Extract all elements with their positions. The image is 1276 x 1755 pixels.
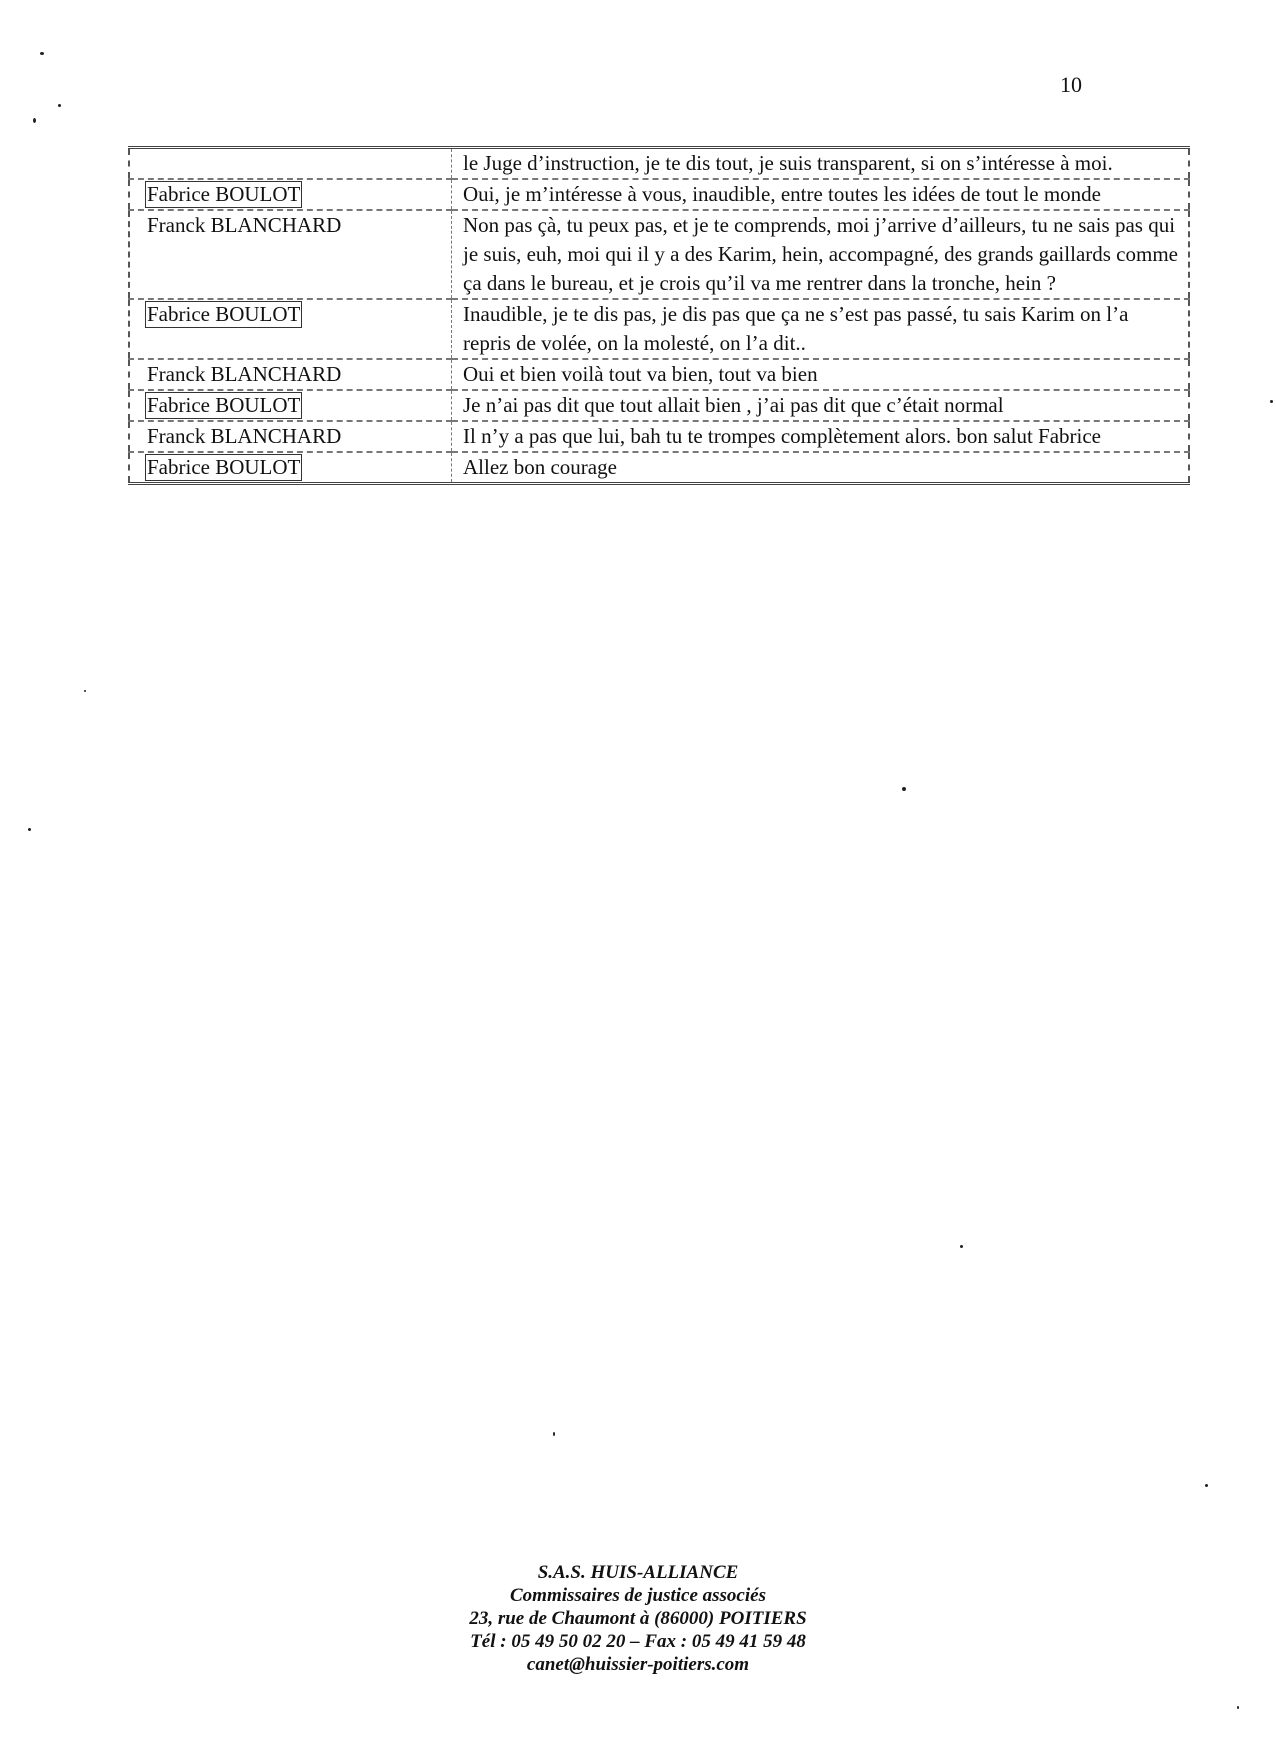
transcript-row: Fabrice BOULOT Inaudible, je te dis pas,… <box>129 299 1189 359</box>
transcript-row: Franck BLANCHARD Il n’y a pas que lui, b… <box>129 421 1189 452</box>
scan-speck <box>1270 400 1273 403</box>
footer-company: S.A.S. HUIS-ALLIANCE <box>0 1561 1276 1584</box>
speech-cell: Inaudible, je te dis pas, je dis pas que… <box>452 299 1190 359</box>
speaker-cell <box>129 148 452 180</box>
footer-subtitle: Commissaires de justice associés <box>0 1584 1276 1607</box>
scan-speck <box>33 118 36 123</box>
scan-speck <box>1237 1706 1239 1709</box>
scan-speck <box>1205 1484 1208 1487</box>
transcript-table: le Juge d’instruction, je te dis tout, j… <box>128 146 1190 485</box>
page-number: 10 <box>1060 72 1082 98</box>
speech-cell: Non pas çà, tu peux pas, et je te compre… <box>452 210 1190 299</box>
speaker-cell: Franck BLANCHARD <box>129 359 452 390</box>
transcript-row: Franck BLANCHARD Oui et bien voilà tout … <box>129 359 1189 390</box>
speaker-name: Fabrice BOULOT <box>145 454 302 481</box>
speaker-name: Fabrice BOULOT <box>145 392 302 419</box>
transcript-row: le Juge d’instruction, je te dis tout, j… <box>129 148 1189 180</box>
speech-cell: Oui et bien voilà tout va bien, tout va … <box>452 359 1190 390</box>
scan-speck <box>902 787 906 791</box>
speaker-name: Fabrice BOULOT <box>145 301 302 328</box>
speech-cell: Oui, je m’intéresse à vous, inaudible, e… <box>452 179 1190 210</box>
speaker-name: Franck BLANCHARD <box>147 424 341 448</box>
speaker-cell: Fabrice BOULOT <box>129 452 452 484</box>
speaker-name: Fabrice BOULOT <box>145 181 302 208</box>
speech-cell: le Juge d’instruction, je te dis tout, j… <box>452 148 1190 180</box>
transcript-row: Fabrice BOULOT Je n’ai pas dit que tout … <box>129 390 1189 421</box>
scan-speck <box>960 1245 963 1248</box>
transcript-row: Fabrice BOULOT Oui, je m’intéresse à vou… <box>129 179 1189 210</box>
transcript-body: le Juge d’instruction, je te dis tout, j… <box>129 148 1189 484</box>
scan-speck <box>58 104 61 107</box>
scan-speck <box>84 690 86 692</box>
speaker-cell: Fabrice BOULOT <box>129 299 452 359</box>
speaker-name: Franck BLANCHARD <box>147 362 341 386</box>
scan-speck <box>28 828 31 831</box>
footer-address: 23, rue de Chaumont à (86000) POITIERS <box>0 1607 1276 1630</box>
speaker-cell: Franck BLANCHARD <box>129 210 452 299</box>
speaker-cell: Fabrice BOULOT <box>129 179 452 210</box>
speech-cell: Je n’ai pas dit que tout allait bien , j… <box>452 390 1190 421</box>
transcript-row: Franck BLANCHARD Non pas çà, tu peux pas… <box>129 210 1189 299</box>
transcript-row: Fabrice BOULOT Allez bon courage <box>129 452 1189 484</box>
speaker-cell: Fabrice BOULOT <box>129 390 452 421</box>
speaker-name: Franck BLANCHARD <box>147 213 341 237</box>
speaker-cell: Franck BLANCHARD <box>129 421 452 452</box>
footer-email: canet@huissier-poitiers.com <box>0 1653 1276 1676</box>
footer-phone-fax: Tél : 05 49 50 02 20 – Fax : 05 49 41 59… <box>0 1630 1276 1653</box>
scan-speck <box>553 1432 555 1436</box>
footer: S.A.S. HUIS-ALLIANCE Commissaires de jus… <box>0 1561 1276 1676</box>
scan-speck <box>40 52 44 55</box>
speech-cell: Il n’y a pas que lui, bah tu te trompes … <box>452 421 1190 452</box>
speech-cell: Allez bon courage <box>452 452 1190 484</box>
